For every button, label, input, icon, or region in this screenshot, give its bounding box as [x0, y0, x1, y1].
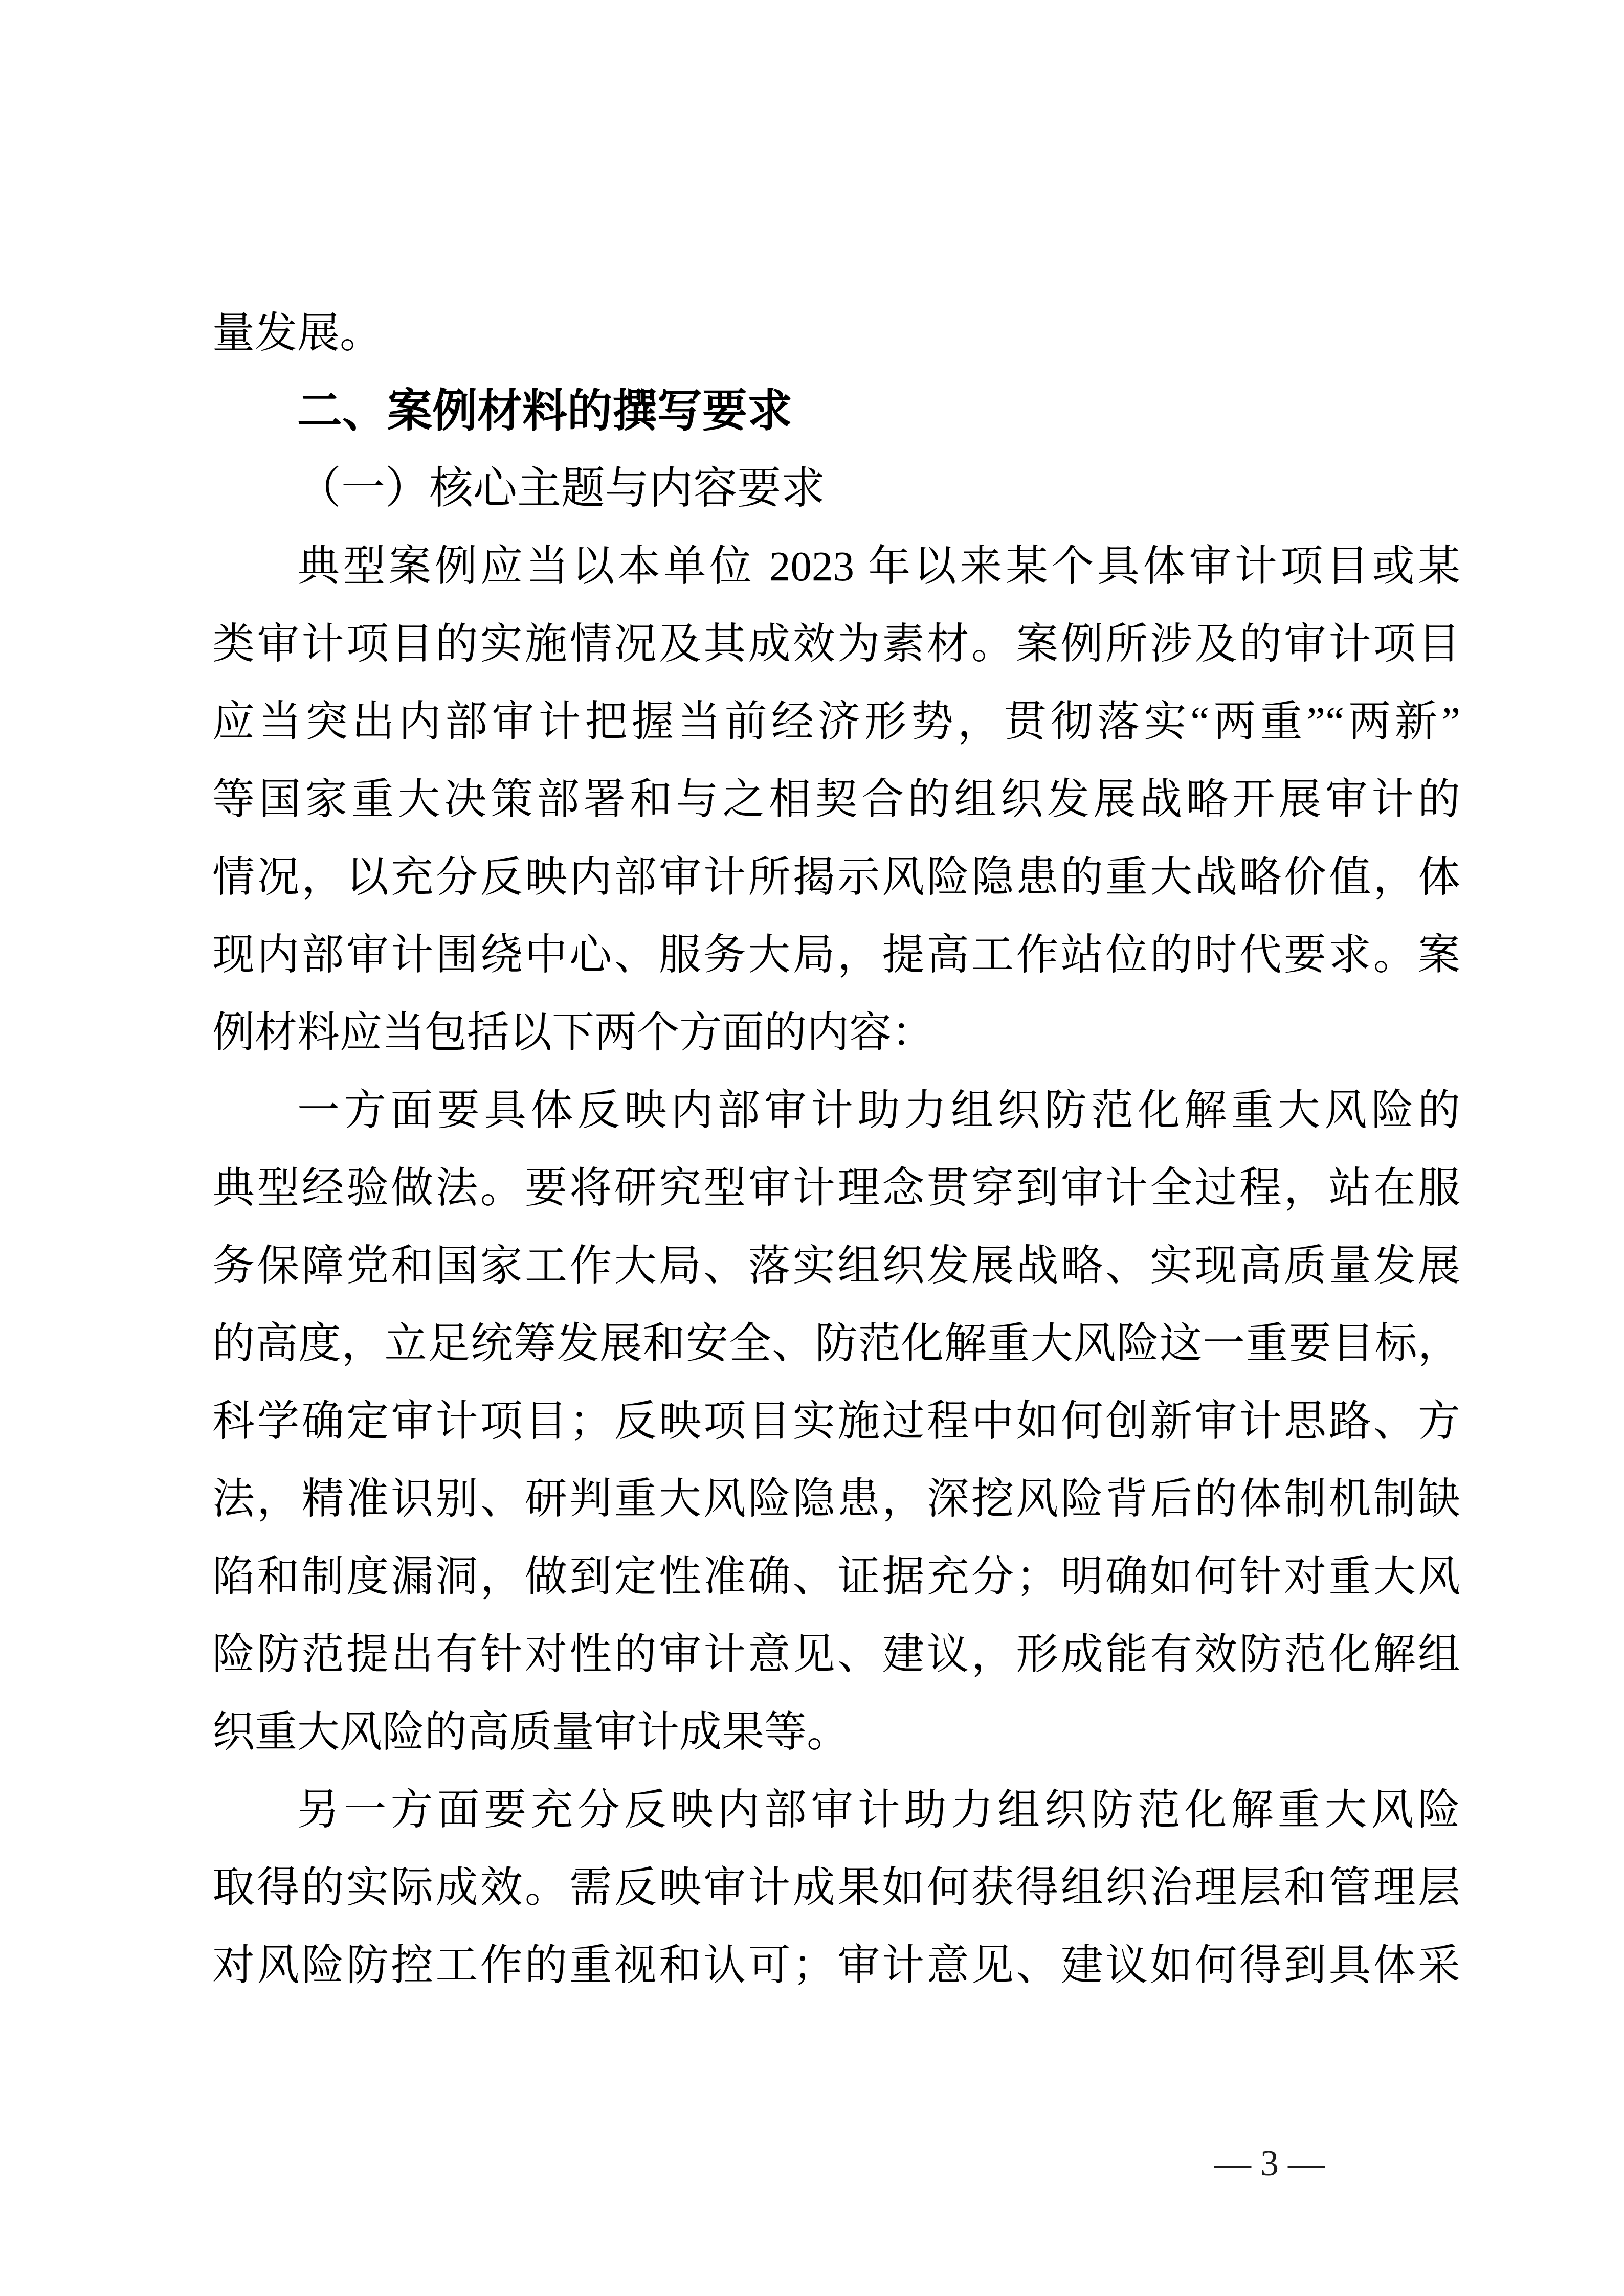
text-line-4: 典型案例应当以本单位 2023 年以来某个具体审计项目或某 — [212, 527, 1460, 605]
text-line-14: 的高度，立足统筹发展和安全、防范化解重大风险这一重要目标， — [212, 1304, 1460, 1382]
text-line-22: 对风险防控工作的重视和认可；审计意见、建议如何得到具体采 — [212, 1926, 1460, 2004]
text-line-9: 现内部审计围绕中心、服务大局，提高工作站位的时代要求。案 — [212, 916, 1460, 994]
text-line-3: （一）核心主题与内容要求 — [212, 449, 1460, 527]
document-body: 量发展。二、案例材料的撰写要求（一）核心主题与内容要求典型案例应当以本单位 20… — [212, 294, 1460, 2004]
text-line-5: 类审计项目的实施情况及其成效为素材。案例所涉及的审计项目 — [212, 605, 1460, 683]
text-line-13: 务保障党和国家工作大局、落实组织发展战略、实现高质量发展 — [212, 1227, 1460, 1304]
text-line-19: 织重大风险的高质量审计成果等。 — [212, 1693, 1460, 1771]
page-number: — 3 — — [1214, 2137, 1325, 2189]
text-line-12: 典型经验做法。要将研究型审计理念贯穿到审计全过程，站在服 — [212, 1149, 1460, 1227]
text-line-20: 另一方面要充分反映内部审计助力组织防范化解重大风险 — [212, 1771, 1460, 1849]
text-line-21: 取得的实际成效。需反映审计成果如何获得组织治理层和管理层 — [212, 1849, 1460, 1926]
document-page: 量发展。二、案例材料的撰写要求（一）核心主题与内容要求典型案例应当以本单位 20… — [0, 0, 1624, 2296]
text-line-15: 科学确定审计项目；反映项目实施过程中如何创新审计思路、方 — [212, 1382, 1460, 1460]
text-line-8: 情况，以充分反映内部审计所揭示风险隐患的重大战略价值，体 — [212, 838, 1460, 916]
text-line-18: 险防范提出有针对性的审计意见、建议，形成能有效防范化解组 — [212, 1615, 1460, 1693]
text-line-7: 等国家重大决策部署和与之相契合的组织发展战略开展审计的 — [212, 760, 1460, 838]
text-line-17: 陷和制度漏洞，做到定性准确、证据充分；明确如何针对重大风 — [212, 1538, 1460, 1615]
text-line-10: 例材料应当包括以下两个方面的内容： — [212, 994, 1460, 1071]
text-line-1: 量发展。 — [212, 294, 1460, 372]
text-line-2: 二、案例材料的撰写要求 — [212, 372, 1460, 449]
text-line-6: 应当突出内部审计把握当前经济形势，贯彻落实“两重”“两新” — [212, 683, 1460, 760]
text-line-11: 一方面要具体反映内部审计助力组织防范化解重大风险的 — [212, 1071, 1460, 1149]
text-line-16: 法，精准识别、研判重大风险隐患，深挖风险背后的体制机制缺 — [212, 1460, 1460, 1538]
